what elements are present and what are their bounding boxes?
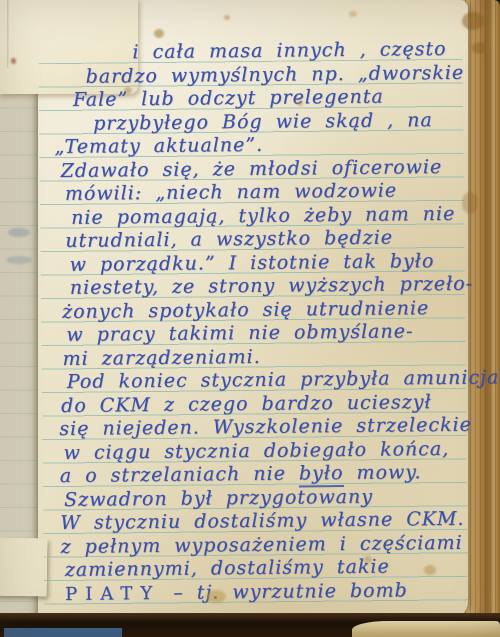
handwriting-text: „Tematy aktualne”. bbox=[54, 134, 263, 158]
surface-below-book bbox=[4, 628, 122, 637]
handwriting-text: a o strzelaniach nie bbox=[60, 462, 299, 487]
handwriting-line: mi zarządzeniami. bbox=[62, 345, 260, 371]
handwriting-text: zamiennymi, dostaliśmy takie bbox=[65, 556, 390, 581]
handwriting-line: „Tematy aktualne”. bbox=[54, 134, 263, 160]
underlined-word: było bbox=[299, 462, 344, 487]
handwriting-text: Fale” lub odczyt prelegenta bbox=[73, 86, 384, 111]
handwriting-line: Pod koniec stycznia przybyła amunicja bbox=[67, 366, 500, 395]
handwriting-text: przybyłego Bóg wie skąd , na bbox=[93, 109, 433, 135]
handwriting-line: z pełnym wyposażeniem i częściami bbox=[60, 531, 462, 559]
handwriting-line: PIATY – tj. wyrzutnie bomb bbox=[65, 579, 408, 607]
handwriting-text: W styczniu dostaliśmy własne CKM. bbox=[60, 508, 464, 534]
handwriting-text: mowy. bbox=[343, 461, 421, 484]
handwriting-text: mówili: „niech nam wodzowie bbox=[65, 179, 397, 204]
handwriting-text: w pracy takimi nie obmyślane- bbox=[66, 320, 413, 346]
handwriting-text: żonych spotykało się utrudnienie bbox=[62, 297, 429, 323]
bottom-pages-edge bbox=[352, 621, 500, 637]
handwriting-layer: i cała masa innych , często bardzo wymyś… bbox=[0, 0, 500, 637]
handwriting-text: nie pomagają, tylko żeby nam nie bbox=[71, 202, 455, 228]
handwriting-text: z pełnym wyposażeniem i częściami bbox=[60, 531, 462, 557]
handwriting-text: utrudniali, a wszystko będzie bbox=[65, 226, 393, 251]
handwriting-text: w ciągu stycznia dobiegało końca, bbox=[63, 437, 449, 463]
handwriting-text: – tj. wyrzutnie bomb bbox=[160, 579, 408, 604]
handwriting-line: nie pomagają, tylko żeby nam nie bbox=[71, 202, 455, 230]
handwriting-text: się niejeden. Wyszkolenie strzeleckie bbox=[59, 414, 472, 440]
notebook-photo: i cała masa innych , często bardzo wymyś… bbox=[0, 0, 500, 637]
handwriting-text: Szwadron był przygotowany bbox=[64, 485, 373, 510]
handwriting-line: przybyłego Bóg wie skąd , na bbox=[93, 109, 433, 137]
handwriting-text: bardzo wymyślnych np. „dworskie bbox=[86, 61, 465, 87]
handwriting-text: do CKM z czego bardzo ucieszył bbox=[61, 391, 432, 417]
handwriting-text: Pod koniec stycznia przybyła amunicja bbox=[67, 366, 500, 393]
handwriting-text: w porządku.” I istotnie tak było bbox=[70, 250, 435, 276]
handwriting-text: Zdawało się, że młodsi oficerowie bbox=[61, 155, 443, 181]
handwriting-text: i cała masa innych , często bbox=[132, 38, 446, 63]
handwriting-line: bardzo wymyślnych np. „dworskie bbox=[86, 61, 465, 89]
handwriting-text: niestety, ze strony wyższych przeło- bbox=[70, 273, 473, 299]
handwriting-text: mi zarządzeniami. bbox=[62, 345, 260, 369]
block-capitals-word: PIATY bbox=[65, 582, 160, 604]
handwriting-line: w pracy takimi nie obmyślane- bbox=[66, 320, 413, 348]
